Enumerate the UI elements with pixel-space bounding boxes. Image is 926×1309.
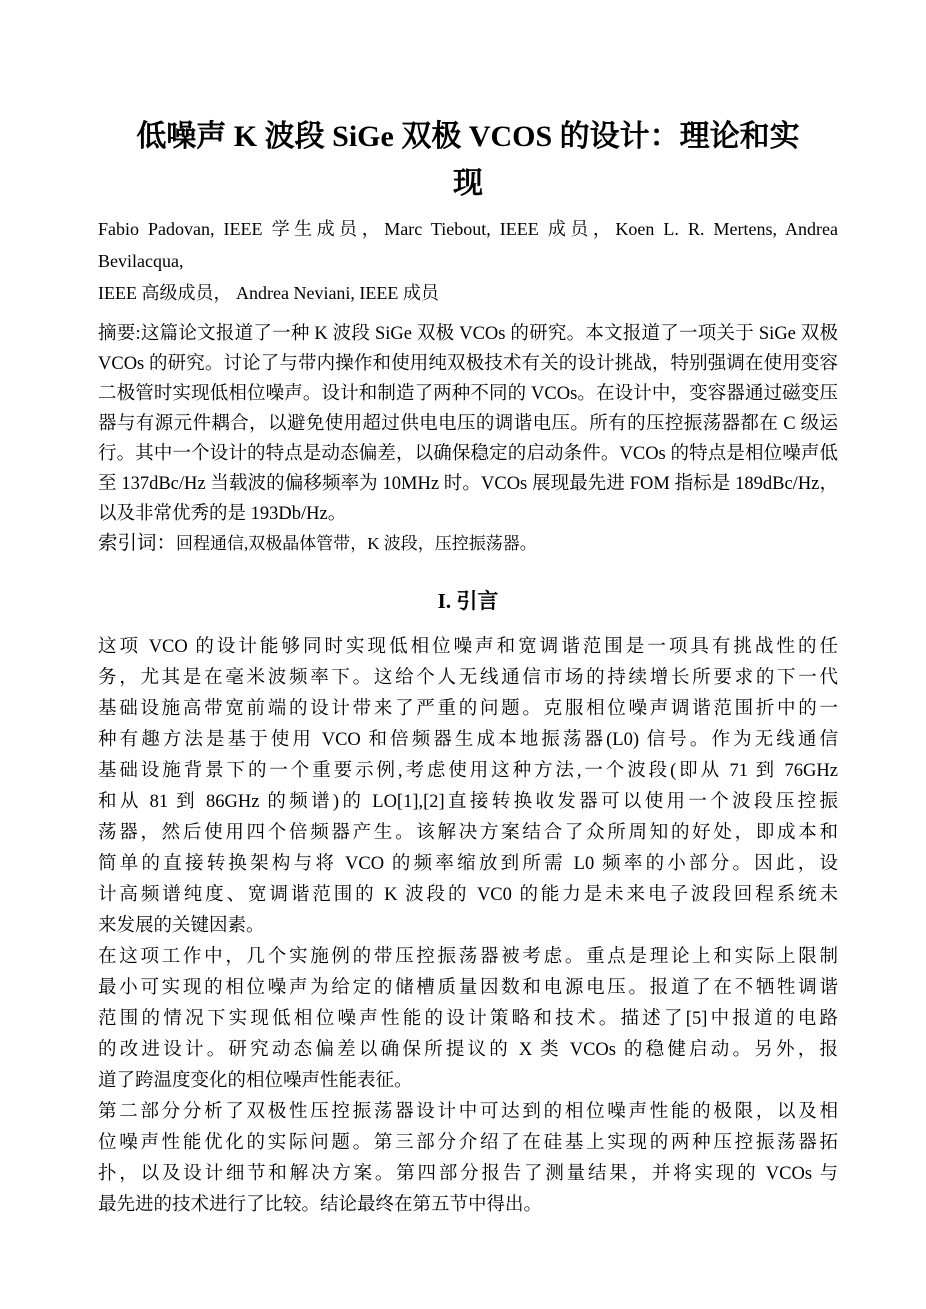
text-line: 道了跨温度变化的相位噪声性能表征。	[98, 1066, 838, 1097]
keywords-line: 索引词：回程通信,双极晶体管带，K 波段，压控振荡器。	[98, 529, 838, 559]
text-line: 在这项工作中，几个实施例的带压控振荡器被考虑。重点是理论上和实际上限制	[98, 942, 838, 973]
text-line: 位噪声性能优化的实际问题。第三部分介绍了在硅基上实现的两种压控振荡器拓	[98, 1128, 838, 1159]
text-line: 二极管时实现低相位噪声。设计和制造了两种不同的 VCOs。在设计中，变容器通过磁…	[98, 379, 838, 409]
text-line: 最小可实现的相位噪声为给定的储槽质量因数和电源电压。报道了在不牺牲调谐	[98, 973, 838, 1004]
intro-paragraph-1: 这项 VCO 的设计能够同时实现低相位噪声和宽调谐范围是一项具有挑战性的任务，尤…	[98, 632, 838, 942]
text-line: 来发展的关键因素。	[98, 911, 838, 942]
text-line: 至 137dBc/Hz 当载波的偏移频率为 10MHz 时。VCOs 展现最先进…	[98, 469, 838, 499]
authors-byline: Fabio Padovan, IEEE 学生成员，Marc Tiebout, I…	[98, 213, 838, 309]
text-line: VCOs 的研究。讨论了与带内操作和使用纯双极技术有关的设计挑战，特别强调在使用…	[98, 349, 838, 379]
text-line: 扑，以及设计细节和解决方案。第四部分报告了测量结果，并将实现的 VCOs 与	[98, 1159, 838, 1190]
text-line: 摘要:这篇论文报道了一种 K 波段 SiGe 双极 VCOs 的研究。本文报道了…	[98, 319, 838, 349]
text-line: 务，尤其是在毫米波频率下。这给个人无线通信市场的持续增长所要求的下一代	[98, 663, 838, 694]
paper-title: 低噪声 K 波段 SiGe 双极 VCOS 的设计：理论和实现	[98, 113, 838, 207]
text-line: Fabio Padovan, IEEE 学生成员，Marc Tiebout, I…	[98, 213, 838, 277]
text-line: 计高频谱纯度、宽调谐范围的 K 波段的 VC0 的能力是未来电子波段回程系统未	[98, 880, 838, 911]
text-line: 基础设施高带宽前端的设计带来了严重的问题。克服相位噪声调谐范围折中的一	[98, 694, 838, 725]
keywords-label: 索引词：	[98, 533, 176, 554]
text-line: 低噪声 K 波段 SiGe 双极 VCOS 的设计：理论和实	[98, 113, 838, 160]
text-line: 以及非常优秀的是 193Db/Hz。	[98, 499, 838, 529]
text-line: 的改进设计。研究动态偏差以确保所提议的 X 类 VCOs 的稳健启动。另外，报	[98, 1035, 838, 1066]
text-line: 第二部分分析了双极性压控振荡器设计中可达到的相位噪声性能的极限，以及相	[98, 1097, 838, 1128]
text-line: 范围的情况下实现低相位噪声性能的设计策略和技术。描述了[5]中报道的电路	[98, 1004, 838, 1035]
section-heading-introduction: I. 引言	[98, 586, 838, 616]
intro-paragraph-3: 第二部分分析了双极性压控振荡器设计中可达到的相位噪声性能的极限，以及相位噪声性能…	[98, 1097, 838, 1221]
text-line: 现	[98, 160, 838, 207]
abstract-text: 摘要:这篇论文报道了一种 K 波段 SiGe 双极 VCOs 的研究。本文报道了…	[98, 319, 838, 529]
text-line: 基础设施背景下的一个重要示例,考虑使用这种方法,一个波段(即从 71 到 76G…	[98, 756, 838, 787]
text-line: 这项 VCO 的设计能够同时实现低相位噪声和宽调谐范围是一项具有挑战性的任	[98, 632, 838, 663]
intro-paragraph-2: 在这项工作中，几个实施例的带压控振荡器被考虑。重点是理论上和实际上限制最小可实现…	[98, 942, 838, 1097]
text-line: IEEE 高级成员， Andrea Neviani, IEEE 成员	[98, 277, 838, 309]
keywords-text: 回程通信,双极晶体管带，K 波段，压控振荡器。	[176, 534, 537, 553]
text-line: 种有趣方法是基于使用 VCO 和倍频器生成本地振荡器(L0) 信号。作为无线通信	[98, 725, 838, 756]
document-page: 低噪声 K 波段 SiGe 双极 VCOS 的设计：理论和实现 Fabio Pa…	[0, 0, 926, 1309]
text-line: 行。其中一个设计的特点是动态偏差，以确保稳定的启动条件。VCOs 的特点是相位噪…	[98, 439, 838, 469]
text-line: 最先进的技术进行了比较。结论最终在第五节中得出。	[98, 1190, 838, 1221]
text-line: 和从 81 到 86GHz 的频谱)的 LO[1],[2]直接转换收发器可以使用…	[98, 787, 838, 818]
text-line: 简单的直接转换架构与将 VCO 的频率缩放到所需 L0 频率的小部分。因此，设	[98, 849, 838, 880]
text-line: 荡器，然后使用四个倍频器产生。该解决方案结合了众所周知的好处，即成本和	[98, 818, 838, 849]
text-line: 器与有源元件耦合，以避免使用超过供电电压的调谐电压。所有的压控振荡器都在 C 级…	[98, 409, 838, 439]
